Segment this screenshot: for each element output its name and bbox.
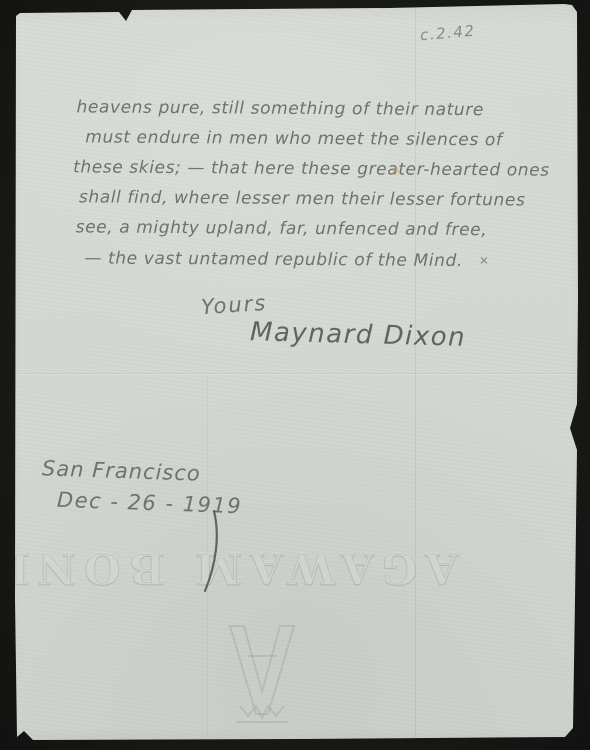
pen-tail-stroke (0, 0, 590, 750)
scan-background: AGAWAM BOND c.2.42 heavens pure, still s… (0, 0, 590, 750)
letter-paper: AGAWAM BOND c.2.42 heavens pure, still s… (0, 0, 590, 750)
paper-stain (392, 166, 400, 176)
